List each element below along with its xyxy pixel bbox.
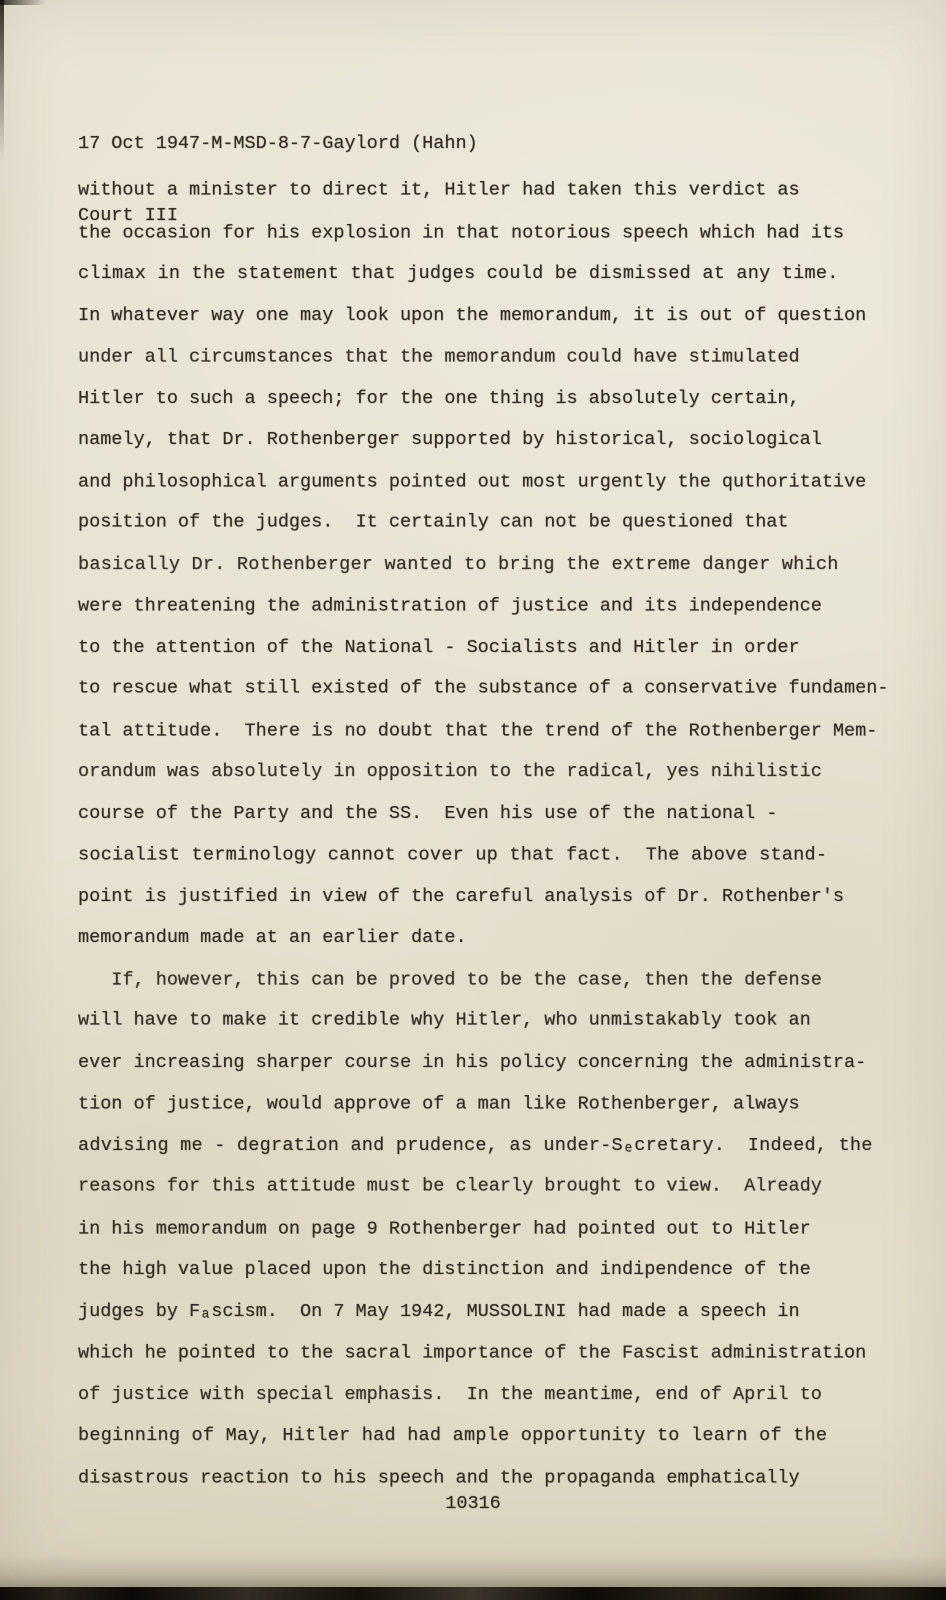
scan-artifact-left-edge	[0, 0, 4, 160]
text-line: in his memorandum on page 9 Rothenberger…	[78, 1208, 938, 1250]
text-line: Hitler to such a speech; for the one thi…	[78, 378, 938, 420]
text-line: under all circumstances that the memoran…	[78, 337, 938, 379]
text-line: to the attention of the National - Socia…	[78, 627, 938, 669]
text-line: the occasion for his explosion in that n…	[78, 212, 938, 254]
text-line: socialist terminology cannot cover up th…	[78, 835, 938, 877]
text-line: orandum was absolutely in opposition to …	[78, 751, 938, 793]
text-line: beginning of May, Hitler had had ample o…	[78, 1415, 938, 1457]
text-line: point is justified in view of the carefu…	[78, 876, 938, 918]
header-docket-line: 17 Oct 1947-M-MSD-8-7-Gaylord (Hahn)	[78, 132, 478, 156]
text-line: the high value placed upon the distincti…	[78, 1249, 938, 1291]
text-line: position of the judges. It certainly can…	[78, 502, 938, 544]
scan-shadow-bottom	[0, 1554, 946, 1588]
text-line: ever increasing sharper course in his po…	[78, 1042, 938, 1084]
text-line: climax in the statement that judges coul…	[78, 253, 938, 295]
text-line: basically Dr. Rothenberger wanted to bri…	[78, 544, 938, 586]
text-line: and philosophical arguments pointed out …	[78, 461, 938, 503]
text-line: memorandum made at an earlier date.	[78, 917, 938, 959]
text-line: tion of justice, would approve of a man …	[78, 1084, 938, 1126]
text-line: course of the Party and the SS. Even his…	[78, 793, 938, 835]
text-line: of justice with special emphasis. In the…	[78, 1374, 938, 1416]
text-line: namely, that Dr. Rothenberger supported …	[78, 419, 938, 461]
text-line: If, however, this can be proved to be th…	[78, 959, 938, 1001]
text-line: to rescue what still existed of the subs…	[78, 668, 938, 710]
text-line: tal attitude. There is no doubt that the…	[78, 710, 938, 752]
document-body-text: without a minister to direct it, Hitler …	[78, 170, 938, 1498]
text-line: In whatever way one may look upon the me…	[78, 295, 938, 337]
scan-artifact-top-edge	[0, 0, 46, 5]
document-page: 17 Oct 1947-M-MSD-8-7-Gaylord (Hahn) Cou…	[0, 0, 946, 1600]
text-line: were threatening the administration of j…	[78, 586, 938, 628]
text-line: without a minister to direct it, Hitler …	[78, 170, 938, 212]
scan-artifact-bottom-bar	[0, 1587, 946, 1600]
text-line: judges by Fₐscism. On 7 May 1942, MUSSOL…	[78, 1291, 938, 1333]
text-line: will have to make it credible why Hitler…	[78, 1000, 938, 1042]
text-line: which he pointed to the sacral importanc…	[78, 1333, 938, 1375]
text-line: advising me - degration and prudence, as…	[78, 1125, 938, 1167]
page-number: 10316	[0, 1492, 946, 1516]
text-line: reasons for this attitude must be clearl…	[78, 1166, 938, 1208]
